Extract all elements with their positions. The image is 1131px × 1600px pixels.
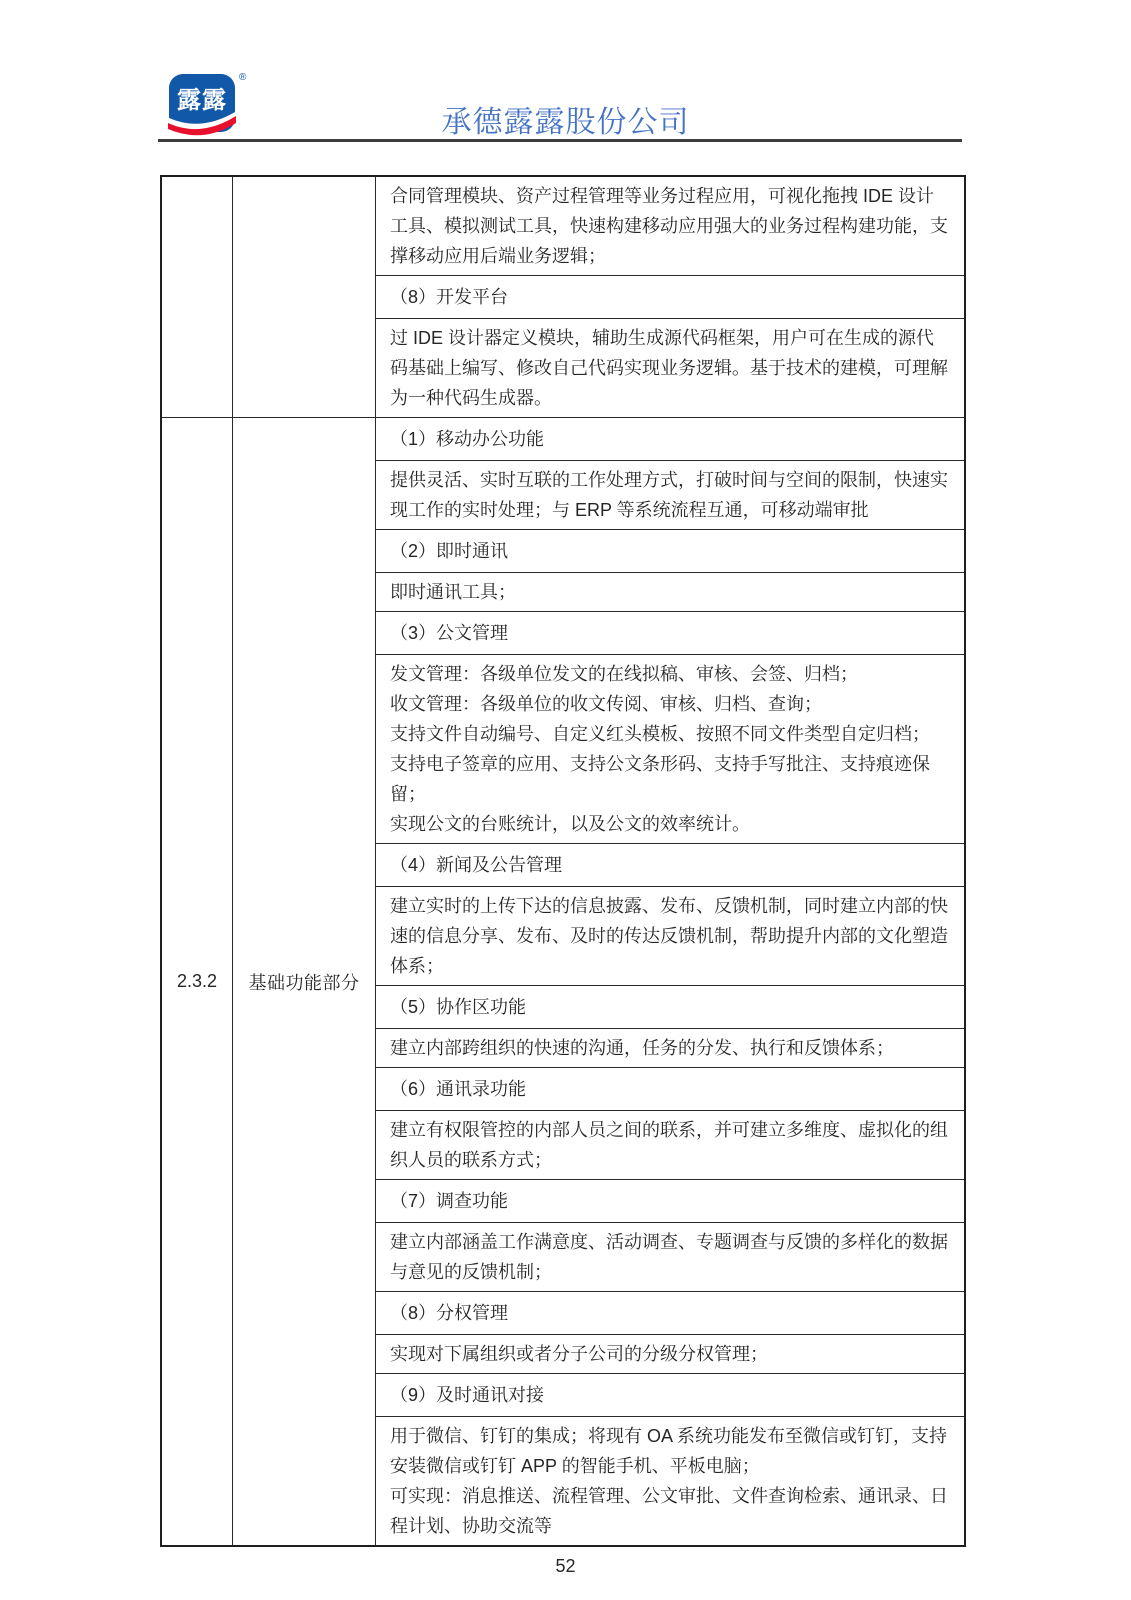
requirements-table: 合同管理模块、资产过程管理等业务过程应用，可视化拖拽 IDE 设计工具、模拟测试… — [160, 175, 966, 1547]
header-rule — [158, 139, 962, 142]
table-row: 合同管理模块、资产过程管理等业务过程应用，可视化拖拽 IDE 设计工具、模拟测试… — [161, 176, 965, 276]
svg-text:®: ® — [239, 72, 247, 83]
feature-title-cell: （2）即时通讯 — [376, 530, 966, 573]
section-id-cell: 2.3.2 — [161, 418, 233, 1547]
feature-title-cell: （4）新闻及公告管理 — [376, 844, 966, 887]
feature-title-cell: （3）公文管理 — [376, 612, 966, 655]
feature-desc-cell: 建立有权限管控的内部人员之间的联系，并可建立多维度、虚拟化的组织人员的联系方式； — [376, 1111, 966, 1180]
page-number: 52 — [0, 1556, 1131, 1577]
document-page: 露露 ® 承德露露股份公司 合同管理模块、资产过程管理等业务过程应用，可视化拖拽… — [0, 0, 1131, 1600]
feature-desc-cell: 建立实时的上传下达的信息披露、发布、反馈机制，同时建立内部的快速的信息分享、发布… — [376, 887, 966, 986]
feature-desc-cell: 建立内部跨组织的快速的沟通，任务的分发、执行和反馈体系； — [376, 1029, 966, 1068]
feature-desc-cell: 过 IDE 设计器定义模块，辅助生成源代码框架，用户可在生成的源代码基础上编写、… — [376, 319, 966, 418]
feature-desc-cell: 发文管理：各级单位发文的在线拟稿、审核、会签、归档； 收文管理：各级单位的收文传… — [376, 655, 966, 844]
feature-title-cell: （8）分权管理 — [376, 1292, 966, 1335]
feature-title-cell: （6）通讯录功能 — [376, 1068, 966, 1111]
feature-title-cell: （9）及时通讯对接 — [376, 1374, 966, 1417]
section-id-cell — [161, 176, 233, 418]
feature-title-cell: （1）移动办公功能 — [376, 418, 966, 461]
feature-desc-cell: 即时通讯工具； — [376, 573, 966, 612]
page-header: 露露 ® 承德露露股份公司 — [0, 0, 1131, 175]
section-category-cell — [233, 176, 376, 418]
feature-desc-cell: 用于微信、钉钉的集成；将现有 OA 系统功能发布至微信或钉钉，支持安装微信或钉钉… — [376, 1417, 966, 1547]
feature-desc-cell: 实现对下属组织或者分子公司的分级分权管理； — [376, 1335, 966, 1374]
section-category-cell: 基础功能部分 — [233, 418, 376, 1547]
page-title: 承德露露股份公司 — [0, 97, 1131, 141]
feature-desc-cell: 合同管理模块、资产过程管理等业务过程应用，可视化拖拽 IDE 设计工具、模拟测试… — [376, 176, 966, 276]
feature-desc-cell: 建立内部涵盖工作满意度、活动调查、专题调查与反馈的多样化的数据与意见的反馈机制； — [376, 1223, 966, 1292]
feature-desc-cell: 提供灵活、实时互联的工作处理方式，打破时间与空间的限制，快速实现工作的实时处理；… — [376, 461, 966, 530]
feature-title-cell: （7）调查功能 — [376, 1180, 966, 1223]
feature-title-cell: （8）开发平台 — [376, 276, 966, 319]
feature-title-cell: （5）协作区功能 — [376, 986, 966, 1029]
table-row: 2.3.2 基础功能部分 （1）移动办公功能 — [161, 418, 965, 461]
